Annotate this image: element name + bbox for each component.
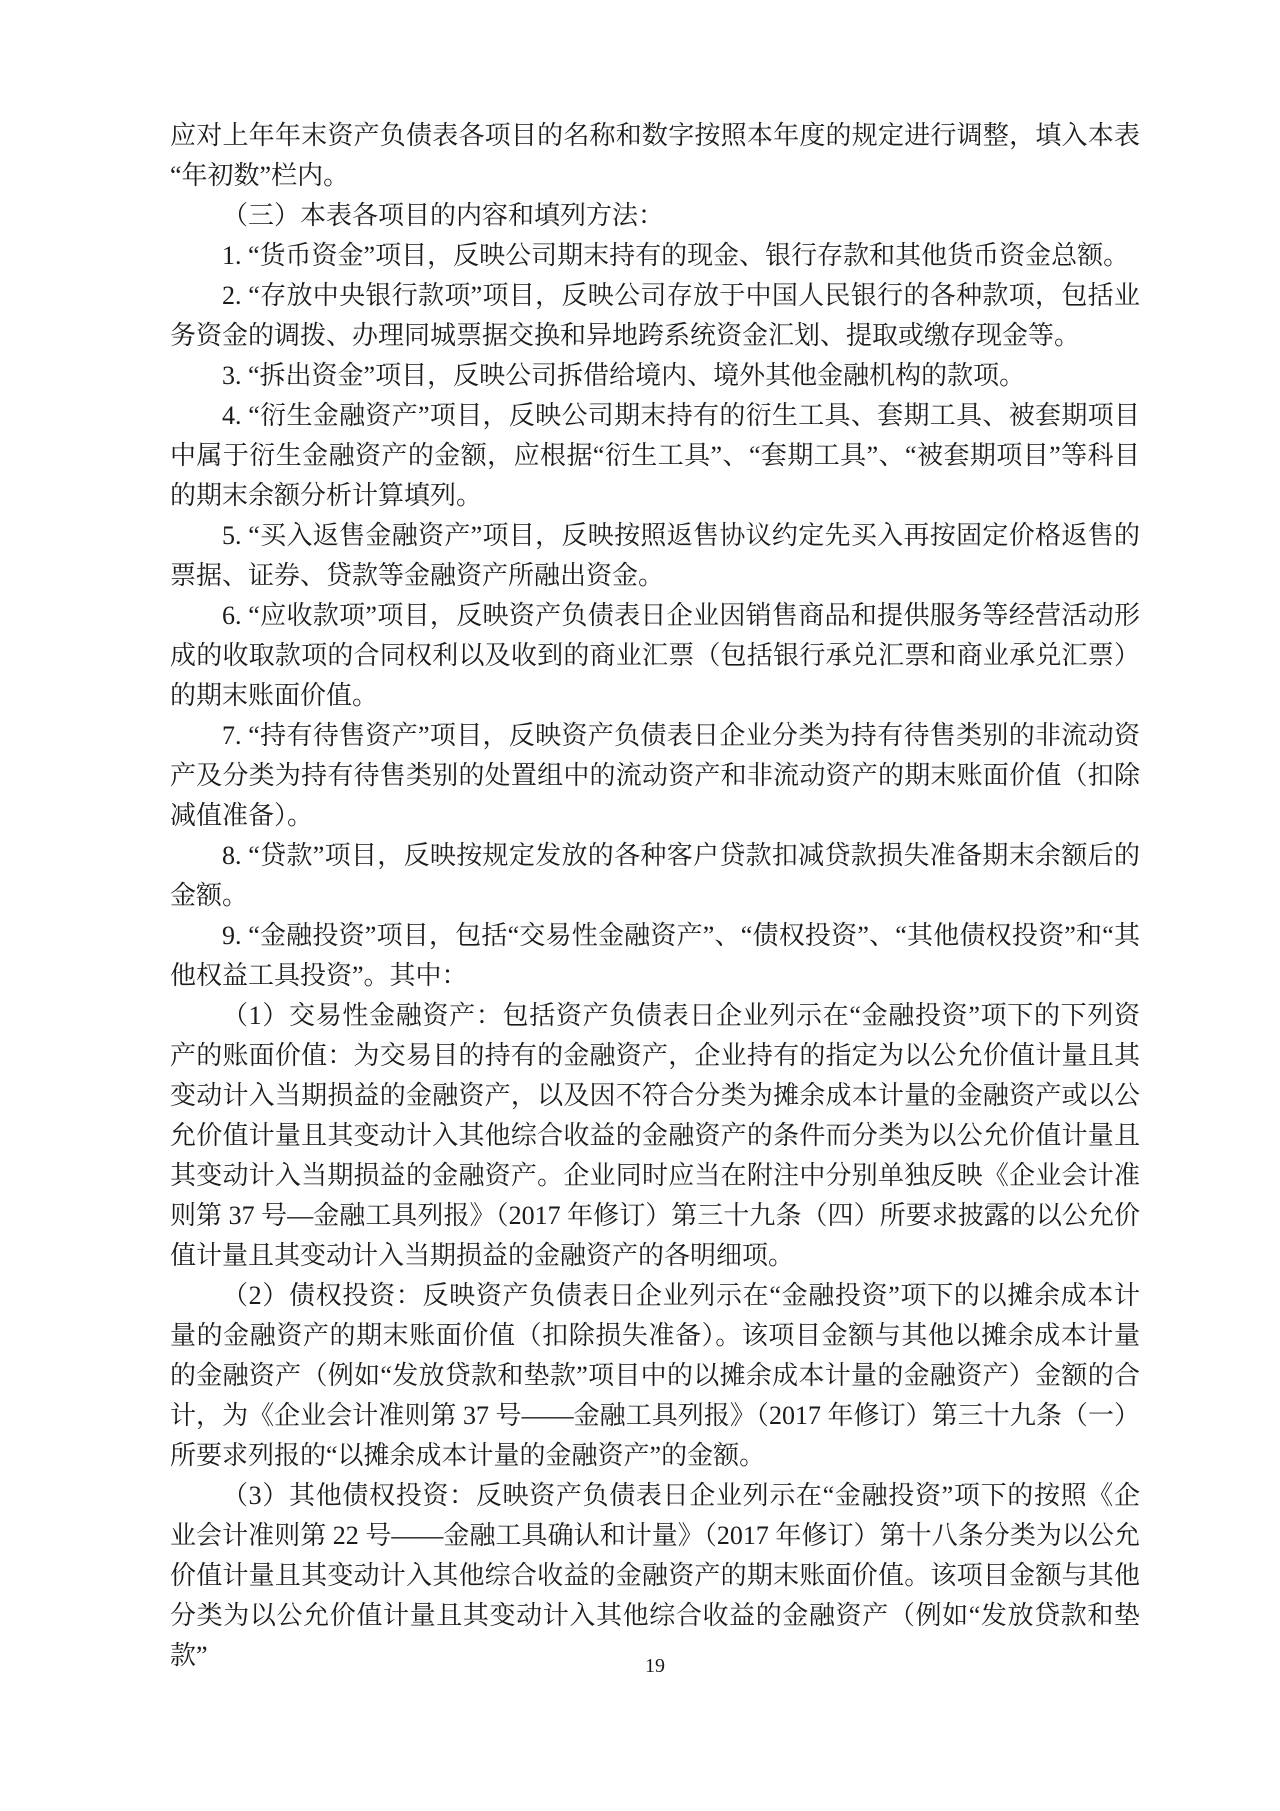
para-item-1-currency-funds: 1. “货币资金”项目，反映公司期末持有的现金、银行存款和其他货币资金总额。 xyxy=(170,236,1140,276)
page-number: 19 xyxy=(645,1655,665,1677)
document-page: 应对上年年末资产负债表各项目的名称和数字按照本年度的规定进行调整，填入本表“年初… xyxy=(0,0,1280,1811)
para-item-8-loans: 8. “贷款”项目，反映按规定发放的各种客户贷款扣减贷款损失准备期末余额后的金额… xyxy=(170,836,1140,916)
para-item-7-held-for-sale-assets: 7. “持有待售资产”项目，反映资产负债表日企业分类为持有待售类别的非流动资产及… xyxy=(170,716,1140,836)
para-sub-3-other-debt-investments: （3）其他债权投资：反映资产负债表日企业列示在“金融投资”项下的按照《企业会计准… xyxy=(170,1476,1140,1676)
para-item-4-derivative-financial-assets: 4. “衍生金融资产”项目，反映公司期末持有的衍生工具、套期工具、被套期项目中属… xyxy=(170,396,1140,516)
para-item-3-lending-funds: 3. “拆出资金”项目，反映公司拆借给境内、境外其他金融机构的款项。 xyxy=(170,356,1140,396)
para-continuation-year-begin-adjustment: 应对上年年末资产负债表各项目的名称和数字按照本年度的规定进行调整，填入本表“年初… xyxy=(170,116,1140,196)
page-footer: 19 xyxy=(170,1654,1140,1678)
para-item-6-receivables: 6. “应收款项”项目，反映资产负债表日企业因销售商品和提供服务等经营活动形成的… xyxy=(170,596,1140,716)
document-body: 应对上年年末资产负债表各项目的名称和数字按照本年度的规定进行调整，填入本表“年初… xyxy=(170,116,1140,1676)
para-item-2-central-bank-deposits: 2. “存放中央银行款项”项目，反映公司存放于中国人民银行的各种款项，包括业务资… xyxy=(170,276,1140,356)
para-item-9-financial-investments: 9. “金融投资”项目，包括“交易性金融资产”、“债权投资”、“其他债权投资”和… xyxy=(170,916,1140,996)
para-sub-2-debt-investments: （2）债权投资：反映资产负债表日企业列示在“金融投资”项下的以摊余成本计量的金融… xyxy=(170,1276,1140,1476)
para-section-3-heading: （三）本表各项目的内容和填列方法： xyxy=(170,196,1140,236)
para-item-5-resale-financial-assets: 5. “买入返售金融资产”项目，反映按照返售协议约定先买入再按固定价格返售的票据… xyxy=(170,516,1140,596)
para-sub-1-trading-financial-assets: （1）交易性金融资产：包括资产负债表日企业列示在“金融投资”项下的下列资产的账面… xyxy=(170,996,1140,1276)
